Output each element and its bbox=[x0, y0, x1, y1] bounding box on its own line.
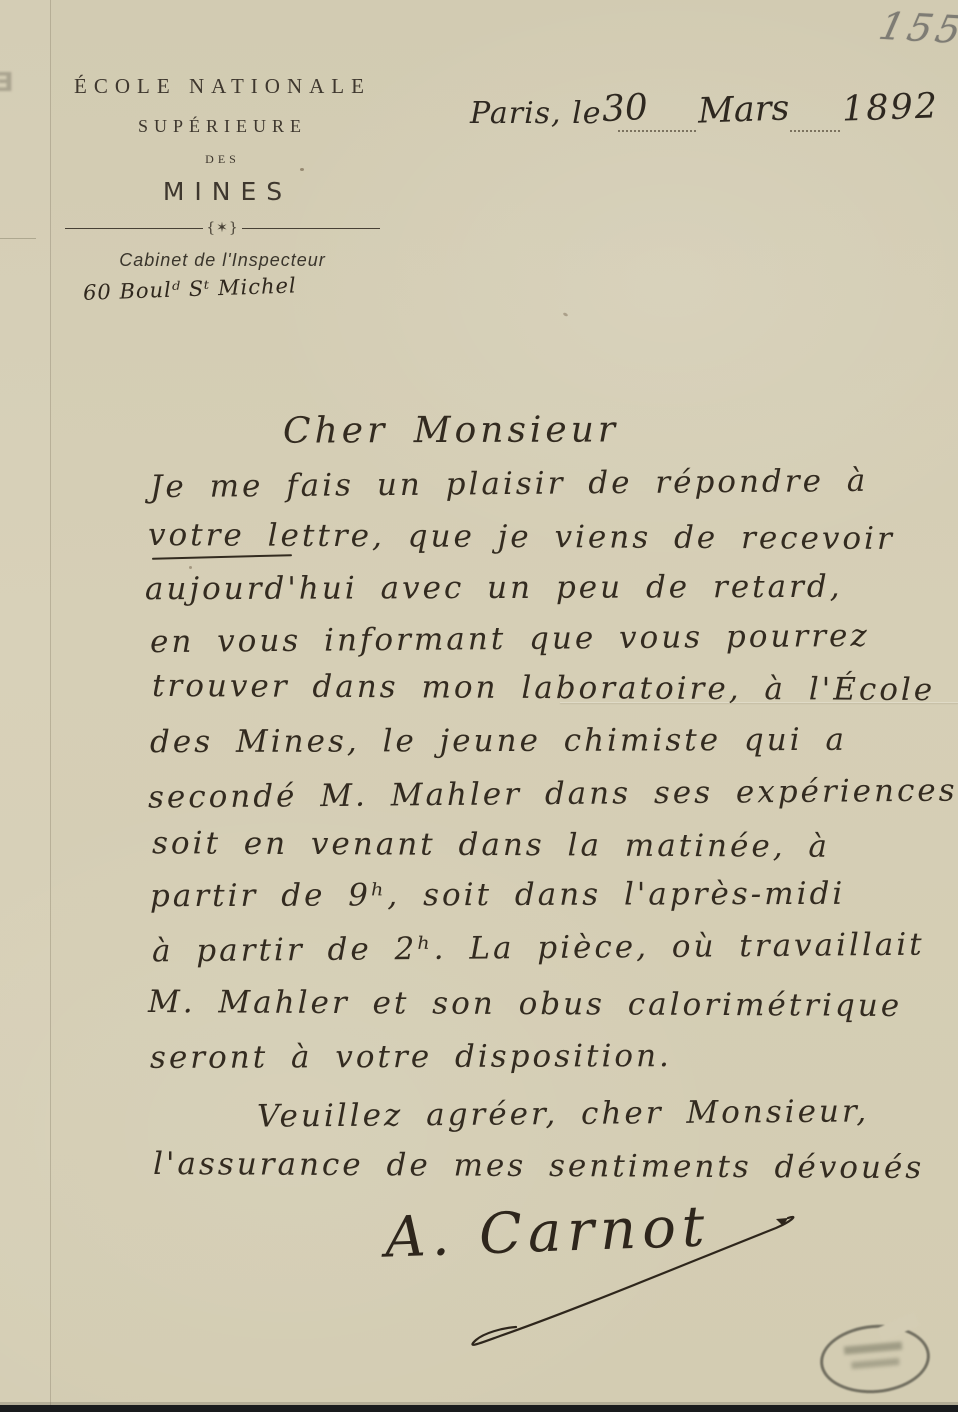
stamp-illegible-text bbox=[844, 1342, 902, 1355]
letterhead-school-name: ÉCOLE NATIONALE bbox=[65, 74, 380, 99]
closing-line: l'assurance de mes sentiments dévoués bbox=[153, 1146, 924, 1186]
body-line: aujourd'hui avec un peu de retard, bbox=[145, 569, 843, 607]
signature: A. Carnot bbox=[384, 1194, 711, 1270]
salutation: Cher Monsieur bbox=[283, 409, 619, 451]
body-line: trouver dans mon laboratoire, à l'École bbox=[152, 668, 935, 708]
body-line: seront à votre disposition. bbox=[150, 1038, 672, 1076]
letterhead-divider: {✶} bbox=[65, 220, 380, 236]
underline-stroke bbox=[152, 554, 292, 560]
body-line: Je me fais un plaisir de répondre à bbox=[150, 463, 869, 505]
body-line: partir de 9ʰ, soit dans l'après-midi bbox=[150, 876, 845, 914]
letterhead-mines: MINES bbox=[65, 177, 380, 206]
dateline: Paris, le 30 Mars 1892 bbox=[470, 88, 930, 144]
dotted-rule bbox=[790, 130, 840, 132]
body-line: votre lettre, que je viens de recevoir bbox=[148, 517, 895, 557]
edge-mark bbox=[0, 238, 36, 239]
dateline-printed: Paris, le bbox=[470, 96, 601, 131]
body-line: en vous informant que vous pourrez bbox=[150, 618, 870, 660]
body-line: à partir de 2ʰ. La pièce, où travaillait bbox=[152, 927, 925, 970]
divider-rule-right bbox=[242, 228, 380, 229]
handwritten-address: 60 Boulᵈ Sᵗ Michel bbox=[65, 271, 381, 306]
letterhead: ÉCOLE NATIONALE SUPÉRIEURE DES MINES {✶}… bbox=[65, 74, 380, 300]
stamp-illegible-text bbox=[851, 1358, 899, 1369]
letterhead-des: DES bbox=[65, 152, 380, 167]
closing-line: Veuillez agréer, cher Monsieur, bbox=[257, 1093, 870, 1134]
star-ornament-icon: {✶} bbox=[203, 220, 242, 236]
dateline-month: Mars bbox=[697, 88, 790, 131]
dotted-rule bbox=[618, 130, 696, 132]
library-stamp bbox=[817, 1320, 933, 1397]
ink-speck bbox=[189, 566, 192, 569]
letterhead-office: Cabinet de l'Inspecteur bbox=[65, 250, 380, 271]
page-fold-edge bbox=[0, 0, 51, 1412]
scan-edge bbox=[0, 1405, 958, 1412]
letter-scan: E 155 ÉCOLE NATIONALE SUPÉRIEURE DES MIN… bbox=[0, 0, 958, 1412]
divider-rule-left bbox=[65, 228, 203, 229]
dateline-day: 30 bbox=[601, 87, 649, 130]
body-line: soit en venant dans la matinée, à bbox=[152, 825, 830, 865]
bleedthrough-mark: E bbox=[0, 68, 14, 98]
stamp-fade-gap bbox=[877, 1313, 919, 1342]
archival-page-number: 155 bbox=[875, 4, 958, 52]
body-line: M. Mahler et son obus calorimétrique bbox=[148, 984, 902, 1024]
body-line: secondé M. Mahler dans ses expériences, bbox=[148, 772, 958, 815]
dateline-year: 1892 bbox=[841, 86, 939, 129]
body-line: des Mines, le jeune chimiste qui a bbox=[150, 722, 847, 760]
ink-speck bbox=[563, 312, 569, 317]
letterhead-superieure: SUPÉRIEURE bbox=[65, 116, 380, 137]
